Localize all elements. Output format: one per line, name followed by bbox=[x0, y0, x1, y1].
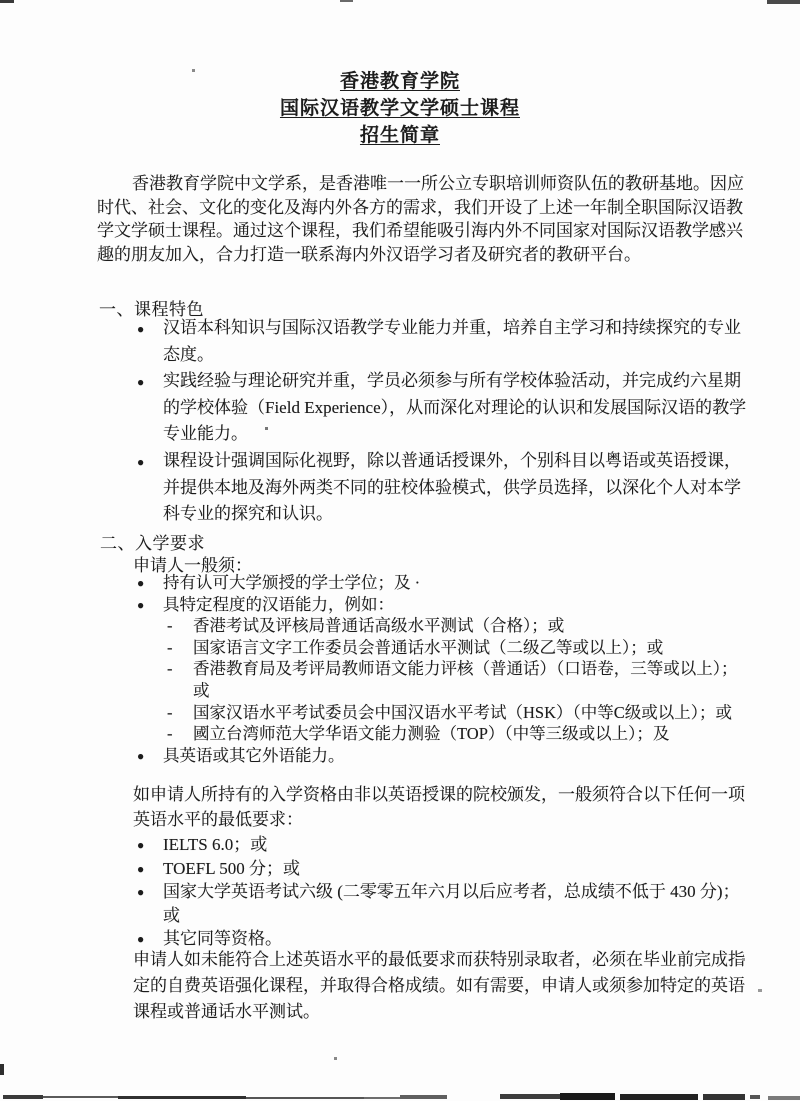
bullet-icon: ● bbox=[137, 595, 163, 617]
bullet-icon: ● bbox=[137, 858, 163, 882]
scan-artifact bbox=[560, 1093, 615, 1100]
scan-artifact bbox=[246, 1097, 364, 1099]
list-item: ● 实践经验与理论研究并重，学员必须参与所有学校体验活动，并完成约六星期 的学校… bbox=[137, 368, 769, 448]
scan-artifact bbox=[767, 0, 800, 4]
bullet-icon: ● bbox=[137, 834, 163, 858]
list-item: ● 国家大学英语考试六级 (二零零五年六月以后应考者，总成绩不低于 430 分)… bbox=[137, 880, 769, 927]
list-item-text: 具特定程度的汉语能力，例如： bbox=[163, 594, 769, 616]
title-line-institution: 香港教育学院 bbox=[0, 68, 800, 95]
closing-paragraph: 申请人如未能符合上述英语水平的最低要求而获特别录取者，必须在毕业前完成指 定的自… bbox=[133, 947, 775, 1025]
list-item: ● 具英语或其它外语能力。 bbox=[137, 745, 769, 767]
scan-artifact bbox=[3, 1095, 43, 1099]
list-item-text: 香港教育局及考评局教师语文能力评核（普通话）（口语卷，三等或以上）； 或 bbox=[193, 658, 769, 701]
list-item: ● TOEFL 500 分；或 bbox=[137, 857, 769, 881]
scan-artifact bbox=[768, 1096, 800, 1100]
list-subitem: - 香港教育局及考评局教师语文能力评核（普通话）（口语卷，三等或以上）； 或 bbox=[167, 658, 769, 701]
bullet-icon: ● bbox=[137, 746, 163, 768]
bullet-icon: ● bbox=[137, 881, 163, 905]
list-item-text: TOEFL 500 分；或 bbox=[163, 857, 769, 881]
list-item-text: 课程设计强调国际化视野，除以普通话授课外，个别科目以粤语或英语授课， 并提供本地… bbox=[163, 448, 769, 528]
scan-artifact bbox=[0, 0, 14, 3]
list-item-text: IELTS 6.0；或 bbox=[163, 833, 769, 857]
list-item-text: 国家大学英语考试六级 (二零零五年六月以后应考者，总成绩不低于 430 分)； … bbox=[163, 880, 769, 927]
list-subitem: - 國立台湾师范大学华语文能力测验（TOP）（中等三级或以上）；及 bbox=[167, 723, 769, 745]
scan-artifact bbox=[0, 1064, 4, 1075]
english-requirement-list: ● IELTS 6.0；或 ● TOEFL 500 分；或 ● 国家大学英语考试… bbox=[137, 833, 769, 951]
list-item-text: 实践经验与理论研究并重，学员必须参与所有学校体验活动，并完成约六星期 的学校体验… bbox=[163, 368, 769, 448]
scan-artifact bbox=[400, 1095, 447, 1099]
scan-artifact bbox=[334, 1057, 337, 1060]
dash-icon: - bbox=[167, 615, 193, 637]
list-item-text: 国家语言文字工作委员会普通话水平测试（二级乙等或以上）；或 bbox=[193, 637, 769, 659]
section2-requirements-list: ● 持有认可大学颁授的学士学位；及 · ● 具特定程度的汉语能力，例如： - 香… bbox=[137, 572, 769, 766]
list-subitem: - 香港考试及评核局普通话高级水平测试（合格）；或 bbox=[167, 615, 769, 637]
dash-icon: - bbox=[167, 702, 193, 724]
scan-artifact bbox=[750, 1095, 760, 1099]
english-requirement-paragraph: 如申请人所持有的入学资格由非以英语授课的院校颁发，一般须符合以下任何一项 英语水… bbox=[133, 783, 775, 832]
scan-artifact bbox=[703, 1094, 745, 1100]
section1-bullet-list: ● 汉语本科知识与国际汉语教学专业能力并重，培养自主学习和持续探究的专业 态度。… bbox=[137, 315, 769, 528]
list-item-text: 国家汉语水平考试委员会中国汉语水平考试（HSK）（中等C级或以上）；或 bbox=[193, 702, 769, 724]
dash-icon: - bbox=[167, 658, 193, 680]
intro-paragraph: 香港教育学院中文学系，是香港唯一一所公立专职培训师资队伍的教研基地。因应 时代、… bbox=[97, 172, 773, 266]
scan-artifact bbox=[500, 1094, 560, 1099]
bullet-icon: ● bbox=[137, 573, 163, 595]
title-line-prospectus: 招生简章 bbox=[0, 122, 800, 149]
list-item: ● 课程设计强调国际化视野，除以普通话授课外，个别科目以粤语或英语授课， 并提供… bbox=[137, 448, 769, 528]
dash-icon: - bbox=[167, 723, 193, 745]
bullet-icon: ● bbox=[137, 316, 163, 343]
list-item-text: 持有认可大学颁授的学士学位；及 · bbox=[163, 572, 769, 594]
scan-artifact bbox=[43, 1096, 118, 1098]
list-item-text: 國立台湾师范大学华语文能力测验（TOP）（中等三级或以上）；及 bbox=[193, 723, 769, 745]
scan-artifact bbox=[620, 1094, 698, 1100]
scan-artifact bbox=[364, 1097, 420, 1099]
list-item: ● 汉语本科知识与国际汉语教学专业能力并重，培养自主学习和持续探究的专业 态度。 bbox=[137, 315, 769, 368]
list-item-text: 具英语或其它外语能力。 bbox=[163, 745, 769, 767]
bullet-icon: ● bbox=[137, 369, 163, 396]
scan-artifact bbox=[118, 1096, 246, 1099]
list-item: ● 持有认可大学颁授的学士学位；及 · bbox=[137, 572, 769, 594]
list-subitem: - 国家汉语水平考试委员会中国汉语水平考试（HSK）（中等C级或以上）；或 bbox=[167, 702, 769, 724]
scanned-document-page: 香港教育学院 国际汉语教学文学硕士课程 招生简章 香港教育学院中文学系，是香港唯… bbox=[0, 0, 800, 1101]
list-item: ● IELTS 6.0；或 bbox=[137, 833, 769, 857]
scan-artifact bbox=[340, 0, 353, 2]
dash-icon: - bbox=[167, 637, 193, 659]
list-subitem: - 国家语言文字工作委员会普通话水平测试（二级乙等或以上）；或 bbox=[167, 637, 769, 659]
title-line-programme: 国际汉语教学文学硕士课程 bbox=[0, 95, 800, 122]
list-item: ● 具特定程度的汉语能力，例如： bbox=[137, 594, 769, 616]
bullet-icon: ● bbox=[137, 449, 163, 476]
list-item-text: 香港考试及评核局普通话高级水平测试（合格）；或 bbox=[193, 615, 769, 637]
document-title-block: 香港教育学院 国际汉语教学文学硕士课程 招生简章 bbox=[0, 68, 800, 149]
list-item-text: 汉语本科知识与国际汉语教学专业能力并重，培养自主学习和持续探究的专业 态度。 bbox=[163, 315, 769, 368]
